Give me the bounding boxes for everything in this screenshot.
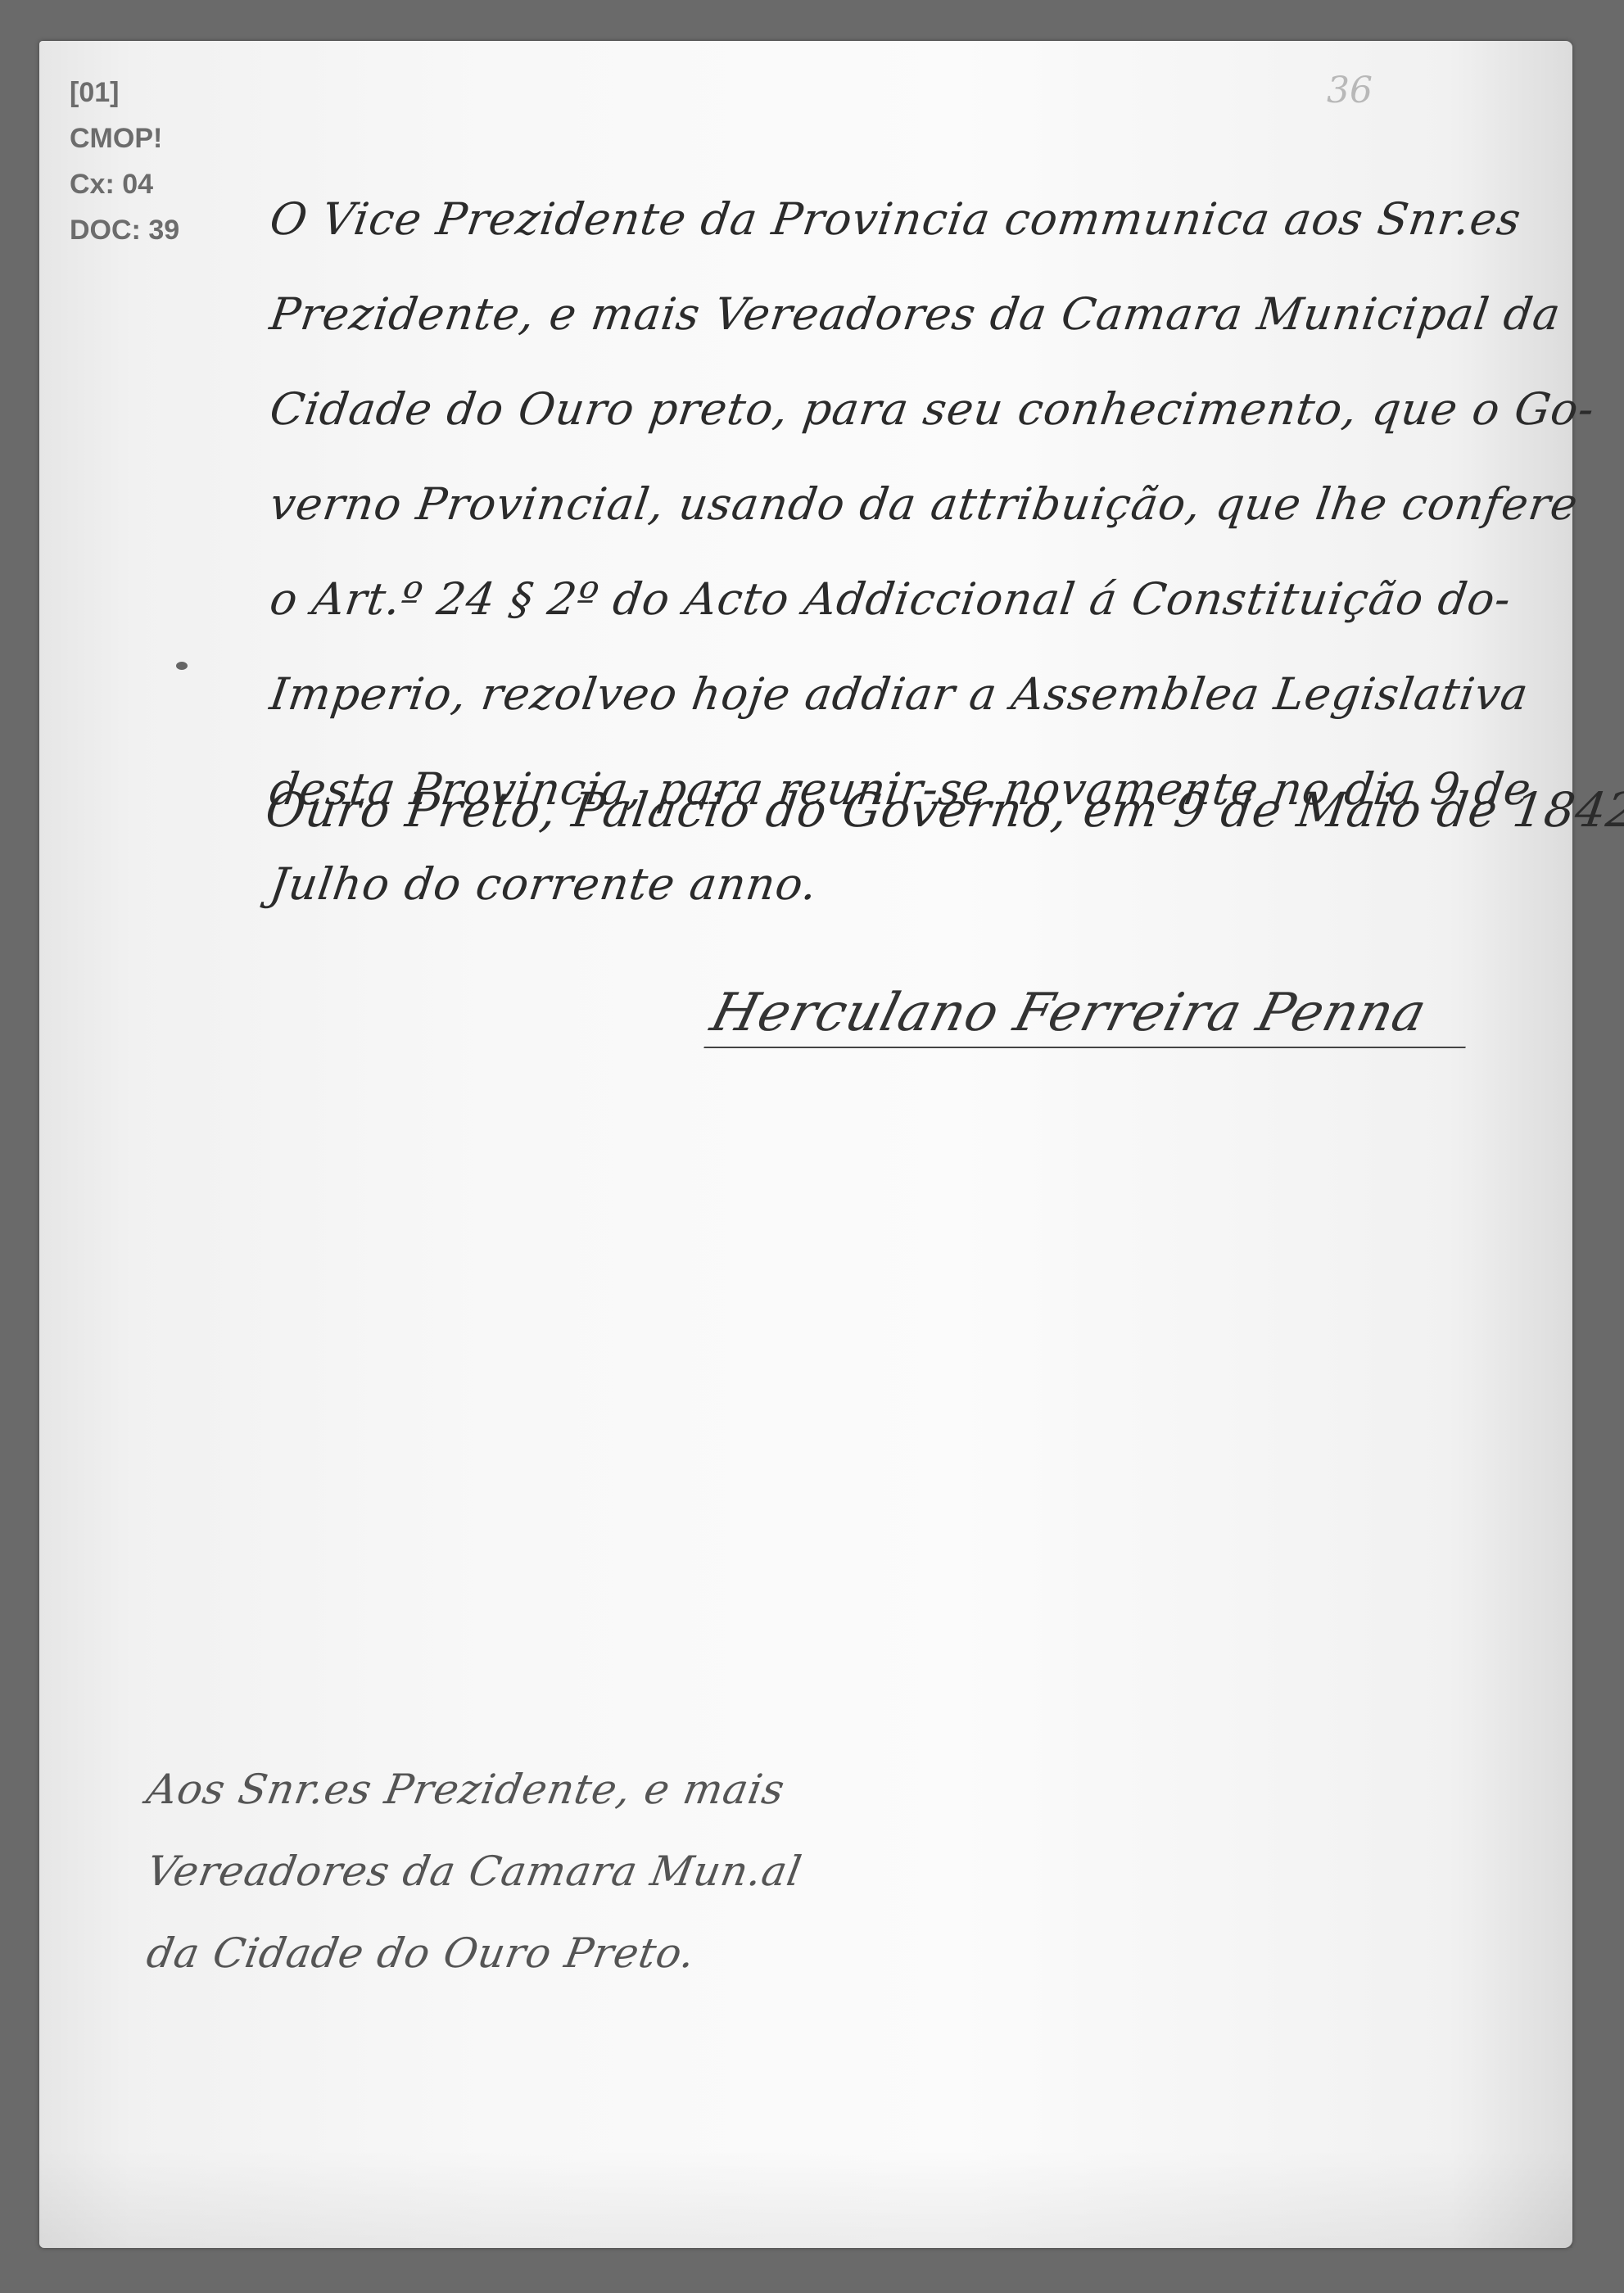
stamp-line: [01]: [70, 70, 179, 115]
body-line: Cidade do Ouro preto, para seu conhecime…: [264, 362, 1571, 457]
stamp-line: DOC: 39: [70, 207, 179, 253]
address-line: da Cidade do Ouro Preto.: [140, 1912, 808, 1994]
address-line: Aos Snr.es Prezidente, e mais: [140, 1748, 808, 1830]
body-line: Prezidente, e mais Vereadores da Camara …: [264, 267, 1571, 362]
signature: Herculano Ferreira Penna: [705, 983, 1433, 1043]
body-line: o Art.º 24 § 2º do Acto Addiccional á Co…: [264, 552, 1571, 647]
body-line: Julho do corrente anno.: [264, 837, 1571, 932]
body-line: verno Provincial, usando da attribuição,…: [264, 457, 1571, 552]
address-line: Vereadores da Camara Mun.al: [140, 1830, 808, 1912]
address-block: Aos Snr.es Prezidente, e mais Vereadores…: [147, 1748, 801, 1994]
stamp-line: CMOP!: [70, 115, 179, 161]
body-line: O Vice Prezidente da Provincia communica…: [264, 172, 1571, 267]
ink-speck: [176, 662, 188, 670]
archival-stamp: [01] CMOP! Cx: 04 DOC: 39: [70, 70, 179, 253]
stamp-line: Cx: 04: [70, 161, 179, 207]
page-number: 36: [1327, 70, 1373, 111]
body-line: Imperio, rezolveo hoje addiar a Assemble…: [264, 647, 1571, 742]
dateline: Ouro Preto, Palacio do Governo, em 9 de …: [262, 782, 1624, 838]
